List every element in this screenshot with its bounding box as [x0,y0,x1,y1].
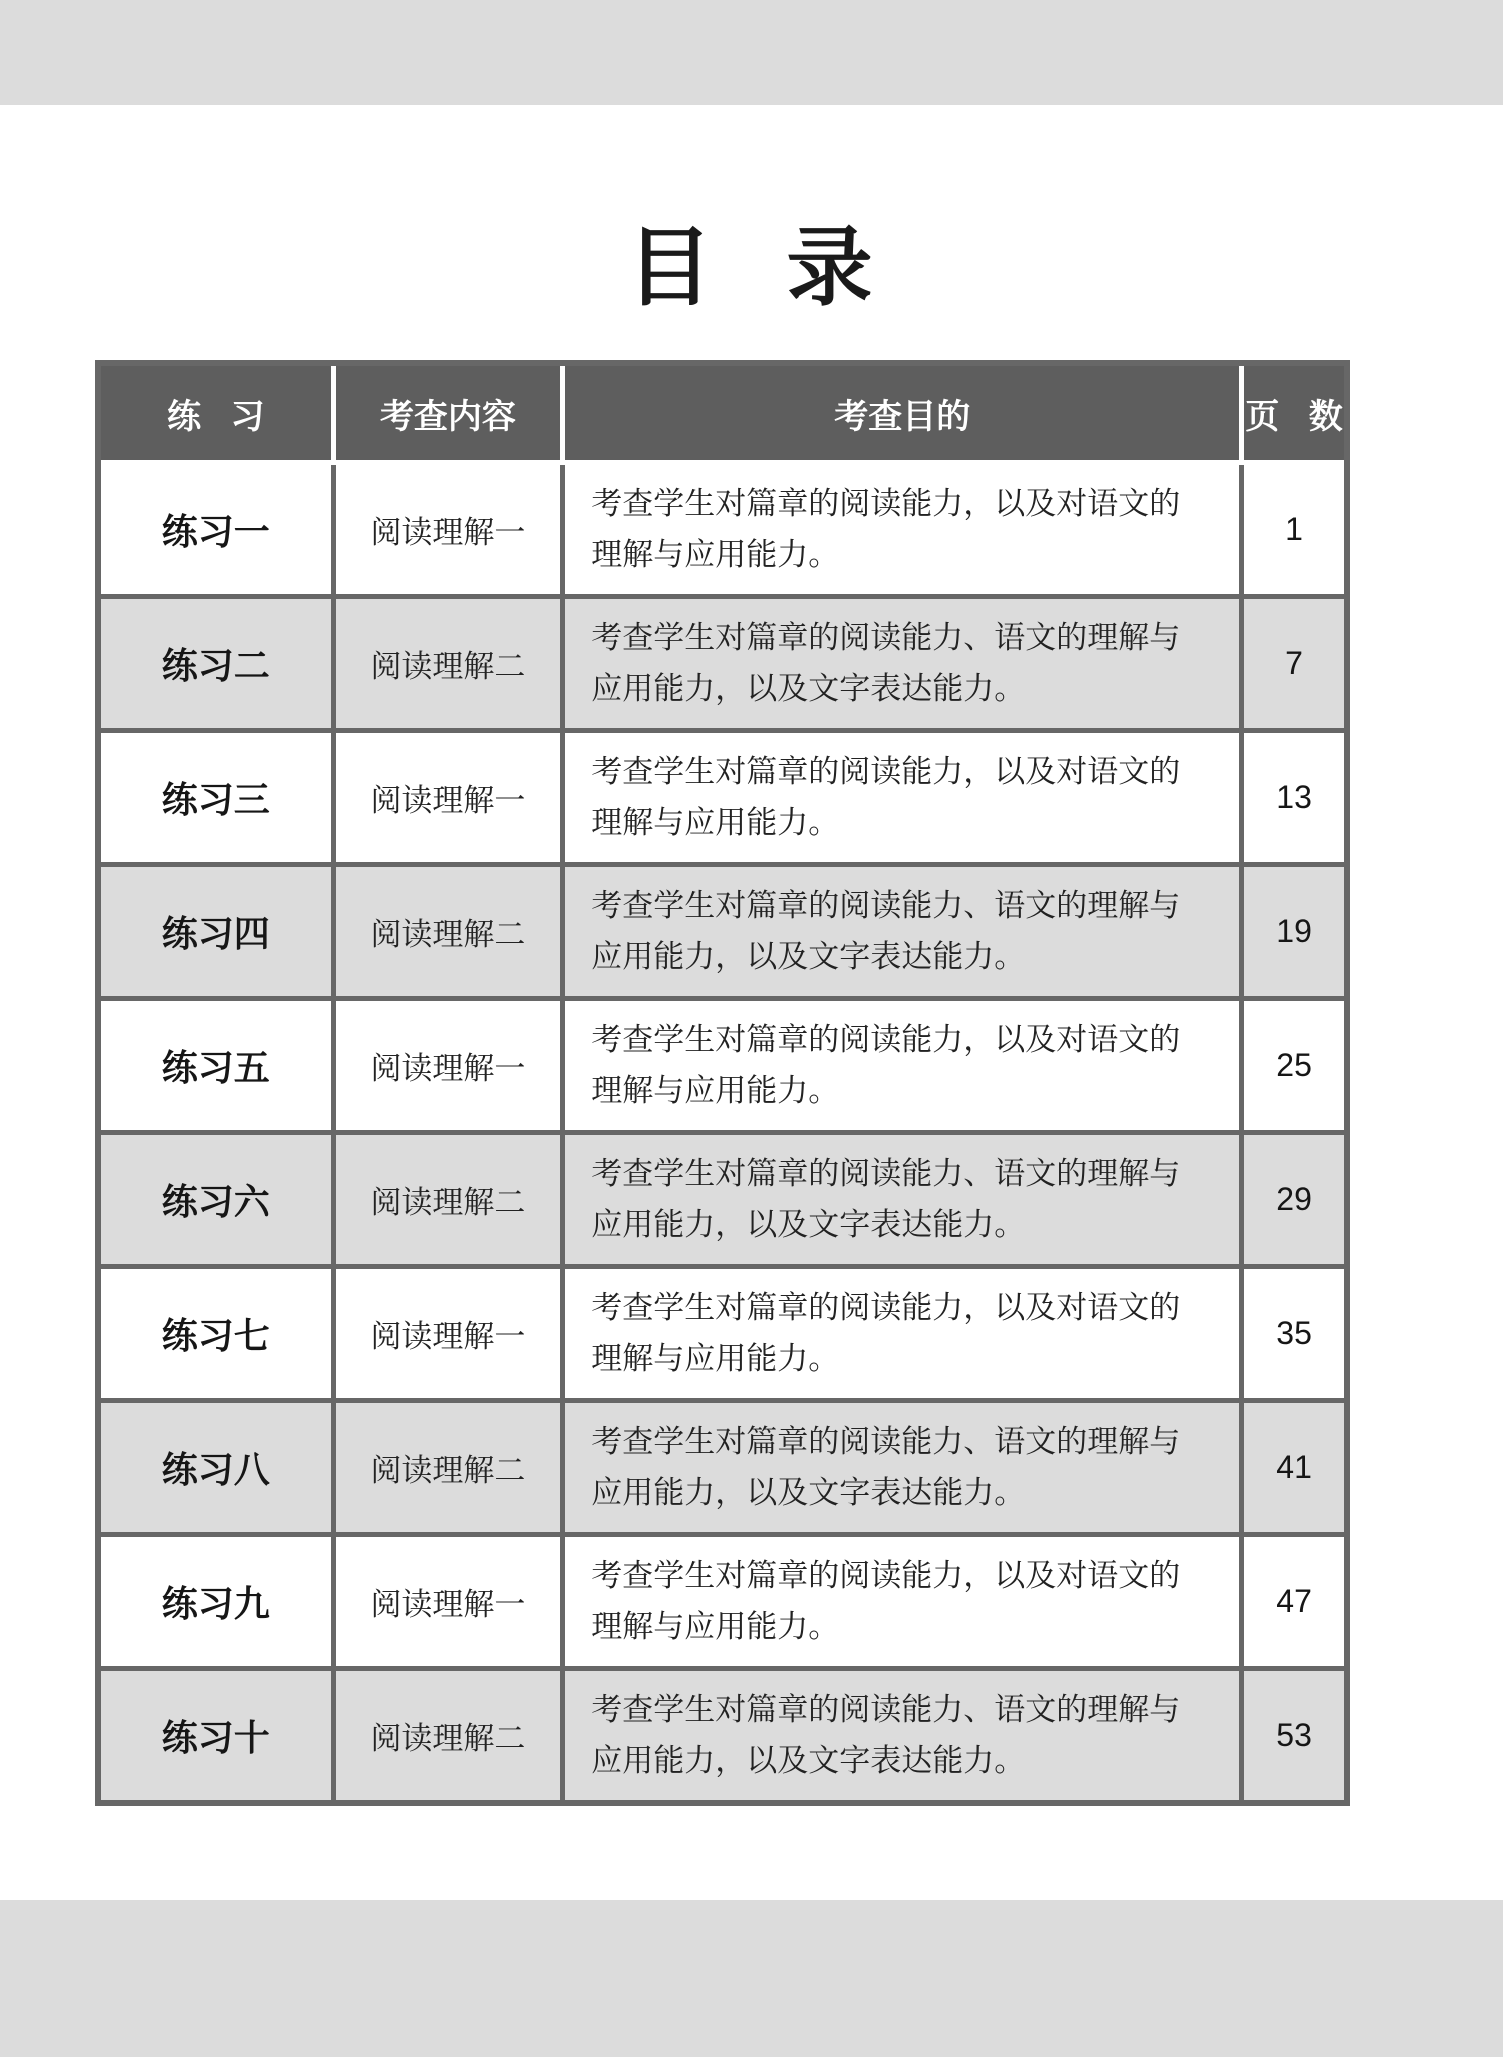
content-cell: 阅读理解二 [336,1135,561,1264]
toc-table-header: 练 习 考查内容 考查目的 页 数 [101,366,1344,460]
content-cell: 阅读理解一 [336,1537,561,1666]
purpose-cell: 考查学生对篇章的阅读能力、语文的理解与 应用能力，以及文字表达能力。 [565,867,1239,996]
page-number-cell: 41 [1244,1403,1344,1532]
content-cell: 阅读理解一 [336,1269,561,1398]
page-number-cell: 13 [1244,733,1344,862]
purpose-cell: 考查学生对篇章的阅读能力、语文的理解与 应用能力，以及文字表达能力。 [565,1671,1239,1800]
content-cell: 阅读理解二 [336,867,561,996]
purpose-cell: 考查学生对篇章的阅读能力，以及对语文的 理解与应用能力。 [565,1537,1239,1666]
bottom-gray-band [0,1900,1503,2057]
exercise-cell: 练习五 [101,1001,331,1130]
exercise-cell: 练习六 [101,1135,331,1264]
page-number-cell: 1 [1244,465,1344,594]
exercise-cell: 练习三 [101,733,331,862]
content-cell: 阅读理解一 [336,733,561,862]
content-cell: 阅读理解二 [336,1671,561,1800]
purpose-cell: 考查学生对篇章的阅读能力，以及对语文的 理解与应用能力。 [565,1269,1239,1398]
toc-table: 练 习 考查内容 考查目的 页 数 练习一阅读理解一考查学生对篇章的阅读能力，以… [95,360,1350,1806]
page-number-cell: 47 [1244,1537,1344,1666]
page-number-cell: 25 [1244,1001,1344,1130]
exercise-cell: 练习九 [101,1537,331,1666]
content-cell: 阅读理解二 [336,599,561,728]
toc-table-body: 练习一阅读理解一考查学生对篇章的阅读能力，以及对语文的 理解与应用能力。1练习二… [101,465,1344,1800]
header-cell-page: 页 数 [1244,366,1344,460]
purpose-cell: 考查学生对篇章的阅读能力、语文的理解与 应用能力，以及文字表达能力。 [565,1135,1239,1264]
content-cell: 阅读理解二 [336,1403,561,1532]
content-cell: 阅读理解一 [336,465,561,594]
exercise-cell: 练习八 [101,1403,331,1532]
purpose-cell: 考查学生对篇章的阅读能力，以及对语文的 理解与应用能力。 [565,733,1239,862]
purpose-cell: 考查学生对篇章的阅读能力、语文的理解与 应用能力，以及文字表达能力。 [565,1403,1239,1532]
page-number-cell: 53 [1244,1671,1344,1800]
header-cell-purpose: 考查目的 [565,366,1239,460]
purpose-cell: 考查学生对篇章的阅读能力、语文的理解与 应用能力，以及文字表达能力。 [565,599,1239,728]
exercise-cell: 练习一 [101,465,331,594]
page-number-cell: 29 [1244,1135,1344,1264]
header-cell-content: 考查内容 [336,366,561,460]
top-gray-band [0,0,1503,105]
header-cell-exercise: 练 习 [101,366,331,460]
purpose-cell: 考查学生对篇章的阅读能力，以及对语文的 理解与应用能力。 [565,465,1239,594]
purpose-cell: 考查学生对篇章的阅读能力，以及对语文的 理解与应用能力。 [565,1001,1239,1130]
exercise-cell: 练习七 [101,1269,331,1398]
exercise-cell: 练习十 [101,1671,331,1800]
page-number-cell: 19 [1244,867,1344,996]
page-title: 目 录 [0,198,1503,322]
page-number-cell: 7 [1244,599,1344,728]
content-cell: 阅读理解一 [336,1001,561,1130]
toc-page: 目 录 练 习 考查内容 考查目的 页 数 练习一阅读理解一考查学生对篇章的阅读… [0,0,1503,2057]
exercise-cell: 练习二 [101,599,331,728]
page-number-cell: 35 [1244,1269,1344,1398]
exercise-cell: 练习四 [101,867,331,996]
